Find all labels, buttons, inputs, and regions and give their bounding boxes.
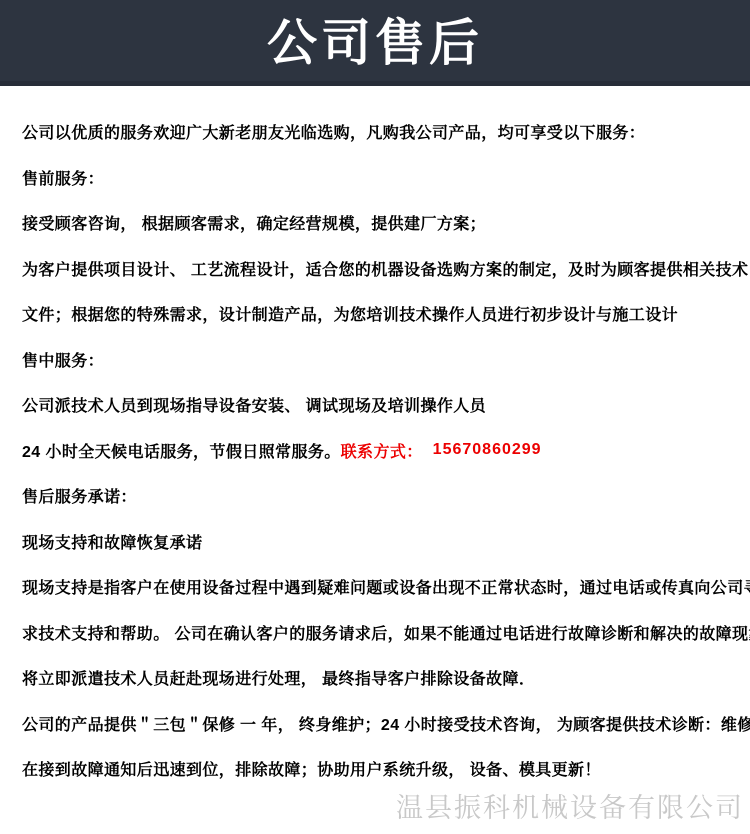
- intro-line: 公司以优质的服务欢迎广大新老朋友光临选购，凡购我公司产品，均可享受以下服务：: [22, 109, 746, 155]
- midsale-line-1-text: 公司派技术人员到现场指导设备安装、 调试现场及培训操作人员: [22, 393, 486, 416]
- aftersale-heading-text: 售后服务承诺：: [22, 484, 137, 507]
- warranty-line-2-text: 在接到故障通知后迅速到位，排除故障；协助用户系统升级， 设备、模具更新！: [22, 757, 601, 780]
- contact-label: 联系方式：: [341, 439, 423, 462]
- midsale-heading: 售中服务：: [22, 337, 746, 383]
- presale-line-2: 为客户提供项目设计、 工艺流程设计，适合您的机器设备选购方案的制定，及时为顾客提…: [22, 246, 746, 292]
- midsale-line-2-text: 24 小时全天候电话服务，节假日照常服务。: [22, 439, 341, 462]
- warranty-line-1-text: 公司的产品提供＂三包＂保修 一 年， 终身维护；24 小时接受技术咨询， 为顾客…: [22, 712, 750, 735]
- aftersale-heading: 售后服务承诺：: [22, 473, 746, 519]
- intro-text: 公司以优质的服务欢迎广大新老朋友光临选购，凡购我公司产品，均可享受以下服务：: [22, 120, 645, 143]
- presale-line-3: 文件；根据您的特殊需求，设计制造产品，为您培训技术操作人员进行初步设计与施工设计: [22, 291, 746, 337]
- company-watermark: 温县振科机械设备有限公司: [396, 786, 744, 825]
- midsale-line-1: 公司派技术人员到现场指导设备安装、 调试现场及培训操作人员: [22, 382, 746, 428]
- presale-heading-text: 售前服务：: [22, 166, 104, 189]
- promise-line-2: 求技术支持和帮助。 公司在确认客户的服务请求后，如果不能通过电话进行故障诊断和解…: [22, 610, 746, 656]
- promise-heading-text: 现场支持和故障恢复承诺: [22, 530, 202, 553]
- presale-line-1: 接受顾客咨询， 根据顾客需求，确定经营规模，提供建厂方案；: [22, 200, 746, 246]
- header-banner: 公司售后: [0, 0, 750, 86]
- presale-line-2-text: 为客户提供项目设计、 工艺流程设计，适合您的机器设备选购方案的制定，及时为顾客提…: [22, 257, 748, 280]
- warranty-line-2: 在接到故障通知后迅速到位，排除故障；协助用户系统升级， 设备、模具更新！: [22, 746, 746, 792]
- promise-line-3: 将立即派遣技术人员赶赴现场进行处理， 最终指导客户排除设备故障．: [22, 655, 746, 701]
- service-content: 公司以优质的服务欢迎广大新老朋友光临选购，凡购我公司产品，均可享受以下服务： 售…: [0, 86, 750, 792]
- warranty-line-1: 公司的产品提供＂三包＂保修 一 年， 终身维护；24 小时接受技术咨询， 为顾客…: [22, 701, 746, 747]
- promise-heading: 现场支持和故障恢复承诺: [22, 519, 746, 565]
- presale-line-3-text: 文件；根据您的特殊需求，设计制造产品，为您培训技术操作人员进行初步设计与施工设计: [22, 302, 678, 325]
- promise-line-2-text: 求技术支持和帮助。 公司在确认客户的服务请求后，如果不能通过电话进行故障诊断和解…: [22, 621, 750, 644]
- midsale-heading-text: 售中服务：: [22, 348, 104, 371]
- midsale-line-2: 24 小时全天候电话服务，节假日照常服务。 联系方式： 15670860299: [22, 428, 746, 474]
- presale-line-1-text: 接受顾客咨询， 根据顾客需求，确定经营规模，提供建厂方案；: [22, 211, 486, 234]
- presale-heading: 售前服务：: [22, 155, 746, 201]
- promise-line-1-text: 现场支持是指客户在使用设备过程中遇到疑难问题或设备出现不正常状态时，通过电话或传…: [22, 575, 750, 598]
- page-title: 公司售后: [267, 14, 483, 68]
- promise-line-3-text: 将立即派遣技术人员赶赴现场进行处理， 最终指导客户排除设备故障．: [22, 666, 535, 689]
- promise-line-1: 现场支持是指客户在使用设备过程中遇到疑难问题或设备出现不正常状态时，通过电话或传…: [22, 564, 746, 610]
- contact-phone-number: 15670860299: [433, 441, 542, 459]
